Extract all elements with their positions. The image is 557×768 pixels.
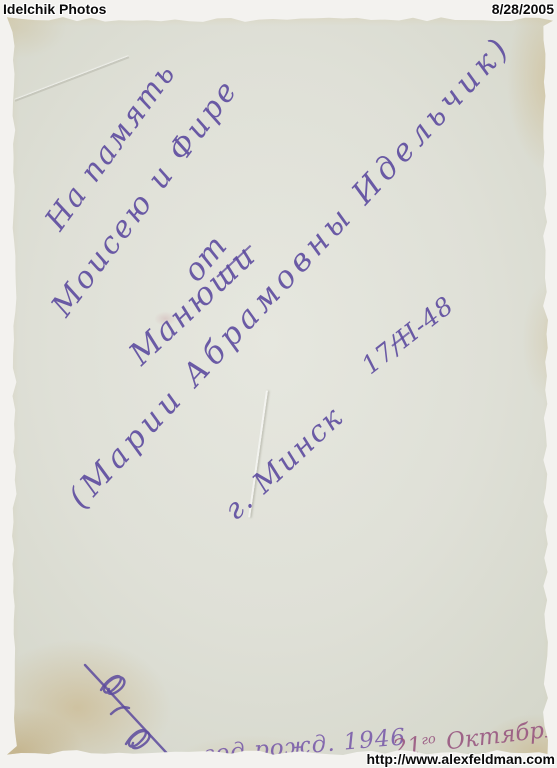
watermark-scan-date: 8/28/2005 (492, 1, 554, 17)
watermark-website-url: http://www.alexfeldman.com (366, 751, 555, 767)
watermark-studio-name: Idelchik Photos (3, 1, 106, 17)
crossed-out-scribble (71, 652, 189, 767)
photo-back: На память Моисею и Фире от Манюши (Марии… (7, 12, 553, 760)
birth-note-day-suffix: го (421, 732, 437, 749)
scanned-photo-page: На память Моисею и Фире от Манюши (Марии… (0, 0, 557, 768)
inscription-city: г. Минск (219, 402, 349, 526)
inscription-date: 17/II-48 (357, 292, 458, 378)
birth-note-month: Октября (445, 716, 557, 756)
paper-crease-top-left (15, 56, 130, 102)
